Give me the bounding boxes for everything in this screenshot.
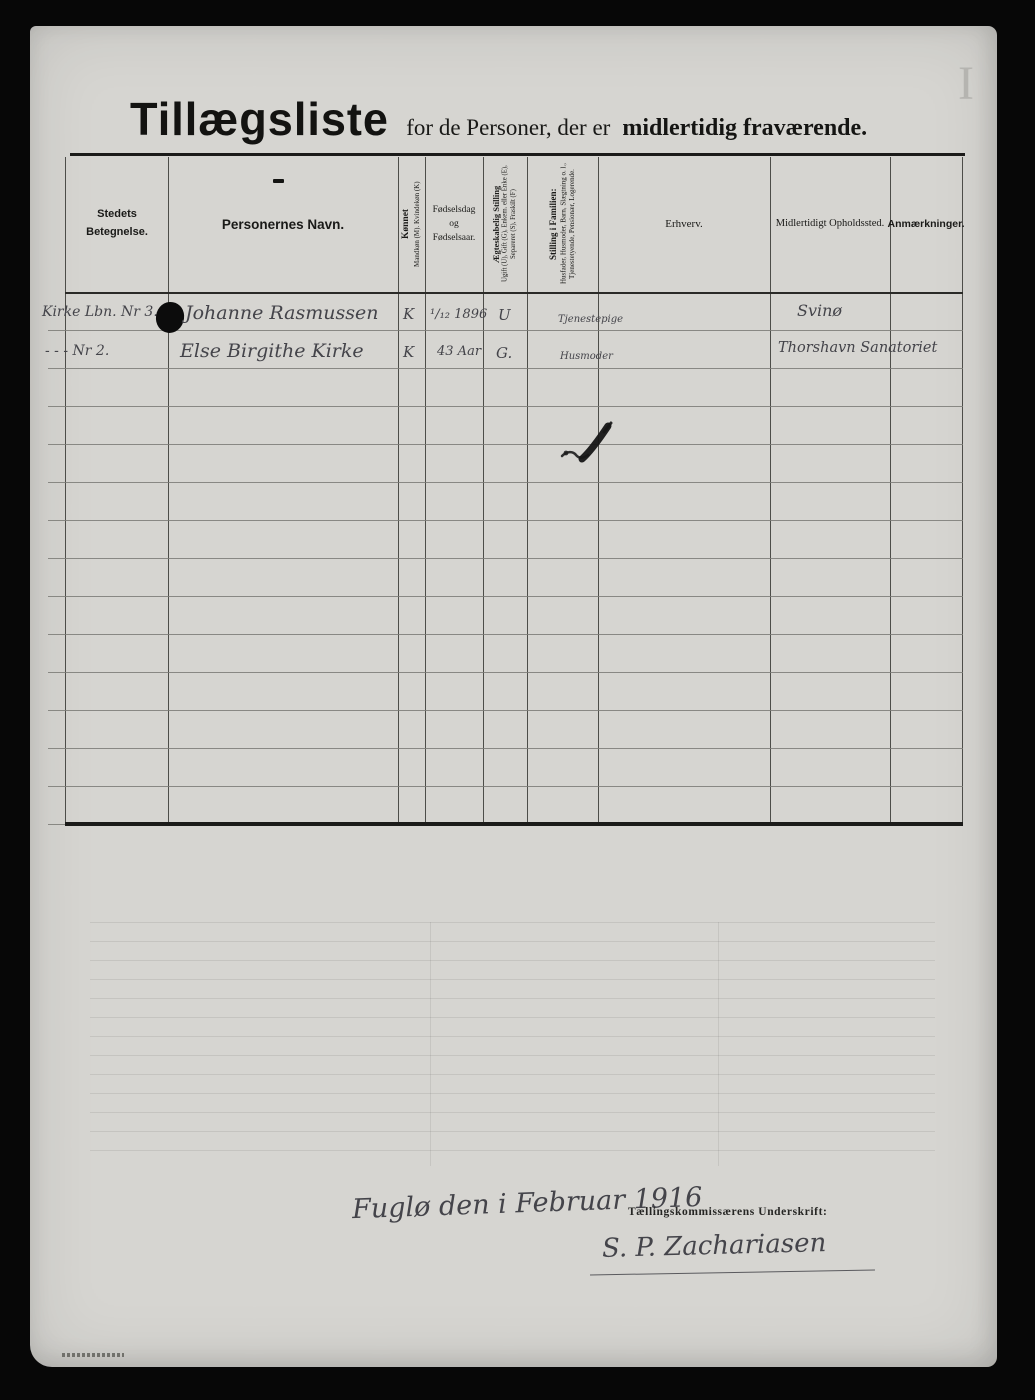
entry-stilling: Husmoder xyxy=(560,351,613,362)
entry-sted: Kirke Lbn. Nr 3. xyxy=(42,304,158,320)
entry-opholdssted: Svinø xyxy=(797,301,842,320)
entry-kon: K xyxy=(403,343,414,361)
konnet-sublabel: Mandkøn (M). Kvindekøn (K) xyxy=(413,160,422,288)
entry-aegteskab: G. xyxy=(496,344,512,362)
page-title-emphasis: midlertidig fraværende. xyxy=(622,115,867,142)
place-date-handwriting: Fuglø den i Februar 1916 xyxy=(352,1182,703,1225)
title-rule xyxy=(70,153,965,156)
page-title: Tillægsliste xyxy=(130,92,389,146)
stilling-sublabel: Husfader, Husmoder, Barn, Slægtning o. l… xyxy=(559,160,577,288)
entry-sted: - - - Nr 2. xyxy=(45,343,109,359)
stilling-label: Stilling i Familien: xyxy=(548,160,559,288)
entry-fodsel: 43 Aar xyxy=(437,344,481,359)
column-header-midlertidigt-opholdssted: Midlertidigt Opholdssted. xyxy=(772,159,888,289)
printer-imprint xyxy=(62,1353,124,1357)
document-page: I Tillægsliste for de Personer, der er m… xyxy=(30,26,997,1367)
signature-underline xyxy=(590,1270,875,1276)
entry-fodsel: ¹/₁₂ 1896 xyxy=(430,307,487,322)
signature-label: Tællingskommissærens Underskrift: xyxy=(628,1206,827,1218)
entry-navn: Else Birgithe Kirke xyxy=(180,340,364,362)
column-header-fodselsdag: Fødselsdag og Fødselsaar. xyxy=(427,159,481,289)
aegteskabelig-sublabel: Ugift (U), Gift (G), Enkem. eller Enke (… xyxy=(502,160,519,288)
column-header-erhverv: Erhverv. xyxy=(600,159,768,289)
signature-handwriting: S. P. Zachariasen xyxy=(602,1228,827,1264)
column-header-anmaerkninger: Anmærkninger. xyxy=(890,159,962,289)
table-row-lines xyxy=(48,293,963,826)
document-header: Tillægsliste for de Personer, der er mid… xyxy=(130,92,867,146)
table-header-divider xyxy=(65,292,963,294)
konnet-label: Kønnet xyxy=(401,160,413,288)
entry-navn: Johanne Rasmussen xyxy=(185,302,378,324)
aegteskabelig-label: Ægteskabelig Stilling xyxy=(491,160,502,288)
column-header-aegteskabelig: Ægteskabelig Stilling Ugift (U), Gift (G… xyxy=(483,159,527,289)
column-header-stedets-betegnelse: Stedets Betegnelse. xyxy=(67,159,167,289)
entry-opholdssted: Thorshavn Sanatoriet xyxy=(778,340,937,356)
scan-artifact-mark: I xyxy=(958,56,980,111)
bleedthrough-ghost xyxy=(90,922,935,1166)
ink-smudge xyxy=(558,418,620,468)
page-title-subtext: for de Personer, der er xyxy=(406,115,610,141)
bleedthrough-vline xyxy=(718,922,719,1166)
column-header-stilling-i-familien: Stilling i Familien: Husfader, Husmoder,… xyxy=(527,159,598,289)
column-header-personernes-navn: Personernes Navn. xyxy=(170,159,396,289)
bleedthrough-vline xyxy=(430,922,431,1166)
entry-stilling: Tjenestepige xyxy=(558,314,623,325)
entry-aegteskab: U xyxy=(498,306,511,324)
table-bottom-border xyxy=(65,822,963,826)
column-header-konnet: Kønnet Mandkøn (M). Kvindekøn (K) xyxy=(398,159,425,289)
entry-kon: K xyxy=(403,305,414,323)
